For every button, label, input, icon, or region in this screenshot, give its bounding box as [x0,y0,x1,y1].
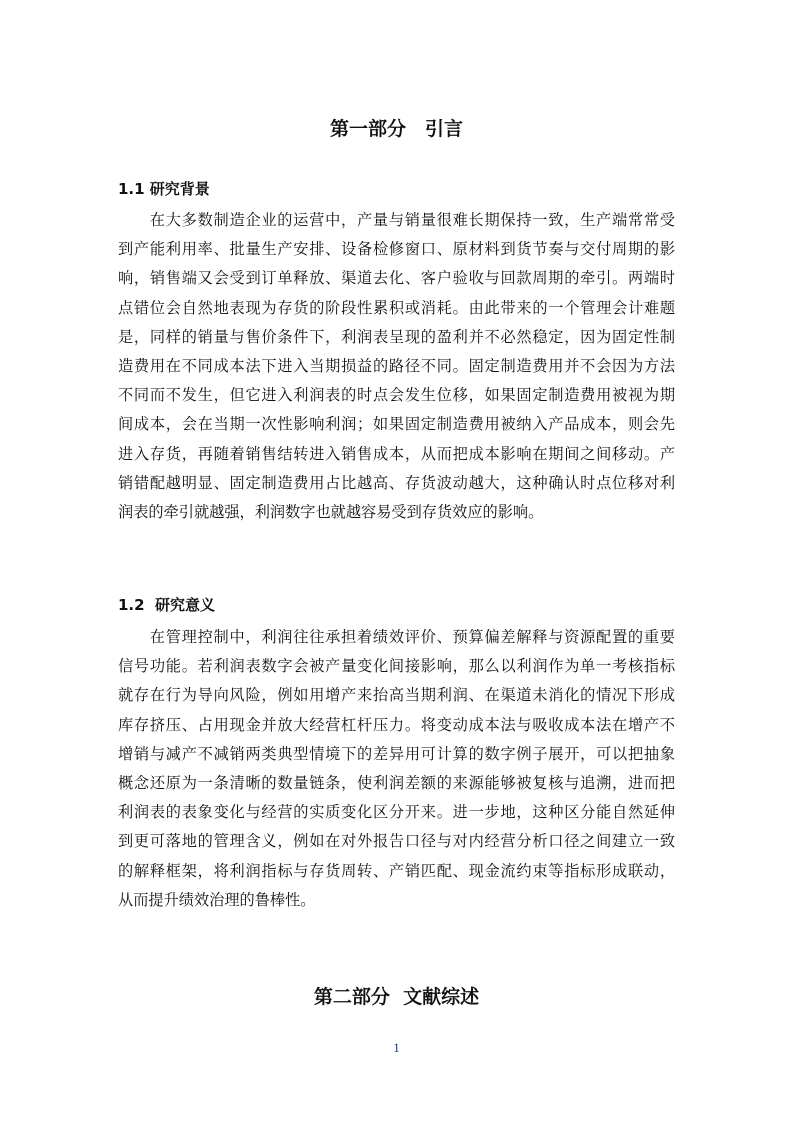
section-1-1-heading: 1.1 研究背景 [118,178,210,199]
text-line: 间成本，会在当期一次性影响利润；如果固定制造费用被纳入产品成本，则会先 [118,410,675,439]
text-line: 到产能利用率、批量生产安排、设备检修窗口、原材料到货节奏与交付周期的影 [118,235,675,264]
text-line: 点错位会自然地表现为存货的阶段性累积或消耗。由此带来的一个管理会计难题 [118,294,675,323]
text-line: 润表的牵引就越强，利润数字也就越容易受到存货效应的影响。 [118,498,675,527]
text-line: 概念还原为一条清晰的数量链条，使利润差额的来源能够被复核与追溯，进而把 [118,769,675,798]
text-line: 造费用在不同成本法下进入当期损益的路径不同。固定制造费用并不会因为方法 [118,352,675,381]
text-line: 增销与减产不减销两类典型情境下的差异用可计算的数字例子展开，可以把抽象 [118,740,675,769]
section-1-2-heading: 1.2 研究意义 [118,594,215,615]
text-line: 在大多数制造企业的运营中，产量与销量很难长期保持一致，生产端常常受 [118,206,675,235]
text-line: 利润表的表象变化与经营的实质变化区分开来。进一步地，这种区分能自然延伸 [118,798,675,827]
page-number: 1 [0,1040,793,1056]
text-line: 到更可落地的管理含义，例如在对外报告口径与对内经营分析口径之间建立一致 [118,827,675,856]
text-line: 信号功能。若利润表数字会被产量变化间接影响，那么以利润作为单一考核指标 [118,652,675,681]
text-line: 是，同样的销量与售价条件下，利润表呈现的盈利并不必然稳定，因为固定性制 [118,323,675,352]
text-line: 的解释框架，将利润指标与存货周转、产销匹配、现金流约束等指标形成联动， [118,857,675,886]
text-line: 不同而不发生，但它进入利润表的时点会发生位移，如果固定制造费用被视为期 [118,381,675,410]
document-page: 第一部分 引言 1.1 研究背景 在大多数制造企业的运营中，产量与销量很难长期保… [0,0,793,1122]
text-line: 库存挤压、占用现金并放大经营杠杆压力。将变动成本法与吸收成本法在增产不 [118,711,675,740]
section-1-1-paragraph: 在大多数制造企业的运营中，产量与销量很难长期保持一致，生产端常常受 到产能利用率… [118,206,675,527]
part1-title: 第一部分 引言 [0,114,793,141]
text-line: 就存在行为导向风险，例如用增产来抬高当期利润、在渠道未消化的情况下形成 [118,681,675,710]
part2-title: 第二部分 文献综述 [0,982,793,1009]
text-line: 在管理控制中，利润往往承担着绩效评价、预算偏差解释与资源配置的重要 [118,623,675,652]
text-line: 响，销售端又会受到订单释放、渠道去化、客户验收与回款周期的牵引。两端时 [118,264,675,293]
text-line: 销错配越明显、固定制造费用占比越高、存货波动越大，这种确认时点位移对利 [118,469,675,498]
text-line: 进入存货，再随着销售结转进入销售成本，从而把成本影响在期间之间移动。产 [118,440,675,469]
section-1-2-paragraph: 在管理控制中，利润往往承担着绩效评价、预算偏差解释与资源配置的重要 信号功能。若… [118,623,675,915]
text-line: 从而提升绩效治理的鲁棒性。 [118,886,675,915]
